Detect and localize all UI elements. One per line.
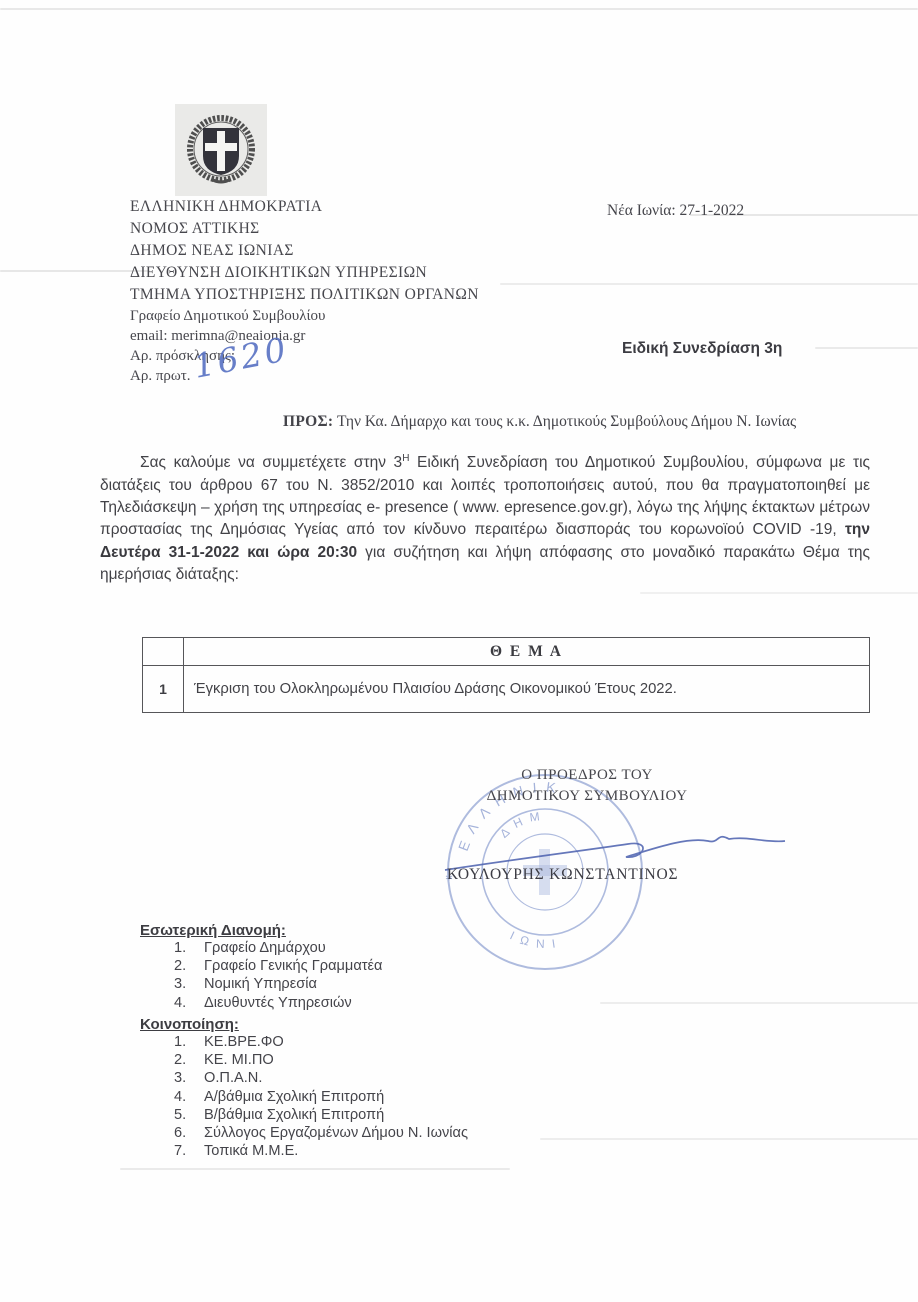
internal-distribution-heading: Εσωτερική Διανομή: (140, 922, 382, 939)
recipient-line: ΠΡΟΣ: Την Κα. Δήμαρχο και τους κ.κ. Δημο… (283, 413, 873, 431)
list-item-label: Τοπικά Μ.Μ.Ε. (204, 1142, 298, 1160)
list-item-number: 3. (172, 1069, 204, 1087)
recipient-text: Την Κα. Δήμαρχο και τους κ.κ. Δημοτικούς… (333, 413, 796, 430)
notification-list: 1.ΚΕ.ΒΡΕ.ΦΟ 2.ΚΕ. ΜΙ.ΠΟ 3.Ο.Π.Α.Ν. 4.Α/β… (172, 1033, 468, 1160)
list-item: 4.Α/βάθμια Σχολική Επιτροπή (172, 1088, 468, 1106)
signature-title-line1: Ο ΠΡΟΕΔΡΟΣ ΤΟΥ (462, 765, 712, 786)
signature-title-line2: ΔΗΜΟΤΙΚΟΥ ΣΥΜΒΟΥΛΙΟΥ (462, 786, 712, 807)
date-line: Νέα Ιωνία: 27-1-2022 (607, 202, 744, 220)
svg-text:ΔΗΜ: ΔΗΜ (497, 808, 547, 840)
list-item-number: 4. (172, 1088, 204, 1106)
scan-artifact (640, 592, 918, 594)
table-row: 1 Έγκριση του Ολοκληρωμένου Πλαισίου Δρά… (143, 666, 869, 712)
list-item: 5.Β/βάθμια Σχολική Επιτροπή (172, 1106, 468, 1124)
office-line: Γραφείο Δημοτικού Συμβουλίου (130, 306, 560, 326)
org-line: ΕΛΛΗΝΙΚΗ ΔΗΜΟΚΡΑΤΙΑ (130, 196, 560, 218)
stamp-inner-arc-text: ΔΗΜ (497, 808, 547, 840)
scan-artifact (500, 283, 918, 285)
agenda-table-header-row: Θ Ε Μ Α (143, 638, 869, 666)
list-item-number: 3. (172, 975, 204, 993)
list-item: 2.ΚΕ. ΜΙ.ΠΟ (172, 1051, 468, 1069)
org-line: ΔΙΕΥΘΥΝΣΗ ΔΙΟΙΚΗΤΙΚΩΝ ΥΠΗΡΕΣΙΩΝ (130, 262, 560, 284)
greek-coat-of-arms-icon (175, 104, 267, 196)
list-item-label: Β/βάθμια Σχολική Επιτροπή (204, 1106, 384, 1124)
org-line: ΝΟΜΟΣ ΑΤΤΙΚΗΣ (130, 218, 560, 240)
list-item-label: Γραφείο Δημάρχου (204, 939, 326, 957)
list-item-number: 1. (172, 939, 204, 957)
signature-title: Ο ΠΡΟΕΔΡΟΣ ΤΟΥ ΔΗΜΟΤΙΚΟΥ ΣΥΜΒΟΥΛΙΟΥ (462, 765, 712, 807)
list-item-number: 6. (172, 1124, 204, 1142)
list-item-label: Ο.Π.Α.Ν. (204, 1069, 262, 1087)
notification-heading: Κοινοποίηση: (140, 1016, 468, 1033)
stamp-bottom-arc-text: ΙΩΝΙ (508, 928, 564, 951)
agenda-row-number: 1 (143, 666, 184, 712)
svg-text:ΙΩΝΙ: ΙΩΝΙ (508, 928, 564, 951)
email-line: email: merimna@neaionia.gr (130, 326, 560, 346)
list-item-number: 7. (172, 1142, 204, 1160)
list-item: 1.Γραφείο Δημάρχου (172, 939, 382, 957)
list-item: 2.Γραφείο Γενικής Γραμματέα (172, 957, 382, 975)
list-item: 7.Τοπικά Μ.Μ.Ε. (172, 1142, 468, 1160)
list-item-label: Νομική Υπηρεσία (204, 975, 317, 993)
scan-artifact (815, 347, 918, 349)
scan-artifact (540, 1138, 918, 1140)
session-badge: Ειδική Συνεδρίαση 3η (622, 340, 782, 358)
internal-distribution-section: Εσωτερική Διανομή: 1.Γραφείο Δημάρχου 2.… (140, 922, 382, 1012)
body-text: Σας καλούμε να συμμετέχετε στην 3 (140, 454, 402, 471)
scan-artifact (120, 1168, 510, 1170)
list-item: 3.Ο.Π.Α.Ν. (172, 1069, 468, 1087)
list-item-label: ΚΕ. ΜΙ.ΠΟ (204, 1051, 274, 1069)
list-item: 3.Νομική Υπηρεσία (172, 975, 382, 993)
recipient-label: ΠΡΟΣ: (283, 413, 333, 430)
agenda-header-title: Θ Ε Μ Α (184, 643, 869, 661)
list-item-label: ΚΕ.ΒΡΕ.ΦΟ (204, 1033, 284, 1051)
internal-distribution-list: 1.Γραφείο Δημάρχου 2.Γραφείο Γενικής Γρα… (172, 939, 382, 1012)
list-item-label: Σύλλογος Εργαζομένων Δήμου Ν. Ιωνίας (204, 1124, 468, 1142)
agenda-header-num-cell (143, 638, 184, 665)
list-item-number: 5. (172, 1106, 204, 1124)
list-item-number: 4. (172, 994, 204, 1012)
list-item: 6.Σύλλογος Εργαζομένων Δήμου Ν. Ιωνίας (172, 1124, 468, 1142)
org-line: ΔΗΜΟΣ ΝΕΑΣ ΙΩΝΙΑΣ (130, 240, 560, 262)
agenda-table: Θ Ε Μ Α 1 Έγκριση του Ολοκληρωμένου Πλαι… (142, 637, 870, 713)
signer-name: ΚΟΥΛΟΥΡΗΣ ΚΩΝΣΤΑΝΤΙΝΟΣ (447, 866, 678, 884)
signature-stroke-icon (430, 810, 810, 900)
list-item-number: 1. (172, 1033, 204, 1051)
list-item: 4.Διευθυντές Υπηρεσιών (172, 994, 382, 1012)
document-page: ΕΛΛΗΝΙΚΗ ΔΗΜΟΚΡΑΤΙΑ ΝΟΜΟΣ ΑΤΤΙΚΗΣ ΔΗΜΟΣ … (0, 0, 918, 1302)
list-item-number: 2. (172, 957, 204, 975)
list-item-label: Γραφείο Γενικής Γραμματέα (204, 957, 382, 975)
list-item-label: Διευθυντές Υπηρεσιών (204, 994, 352, 1012)
scan-artifact (0, 270, 150, 272)
body-paragraph: Σας καλούμε να συμμετέχετε στην 3Η Ειδικ… (100, 448, 870, 587)
list-item: 1.ΚΕ.ΒΡΕ.ΦΟ (172, 1033, 468, 1051)
list-item-number: 2. (172, 1051, 204, 1069)
agenda-row-text: Έγκριση του Ολοκληρωμένου Πλαισίου Δράση… (184, 681, 687, 697)
notification-section: Κοινοποίηση: 1.ΚΕ.ΒΡΕ.ΦΟ 2.ΚΕ. ΜΙ.ΠΟ 3.Ο… (140, 1016, 468, 1160)
list-item-label: Α/βάθμια Σχολική Επιτροπή (204, 1088, 384, 1106)
org-line: ΤΜΗΜΑ ΥΠΟΣΤΗΡΙΞΗΣ ΠΟΛΙΤΙΚΩΝ ΟΡΓΑΝΩΝ (130, 284, 560, 306)
scan-artifact (600, 1002, 918, 1004)
scan-artifact (0, 8, 918, 10)
